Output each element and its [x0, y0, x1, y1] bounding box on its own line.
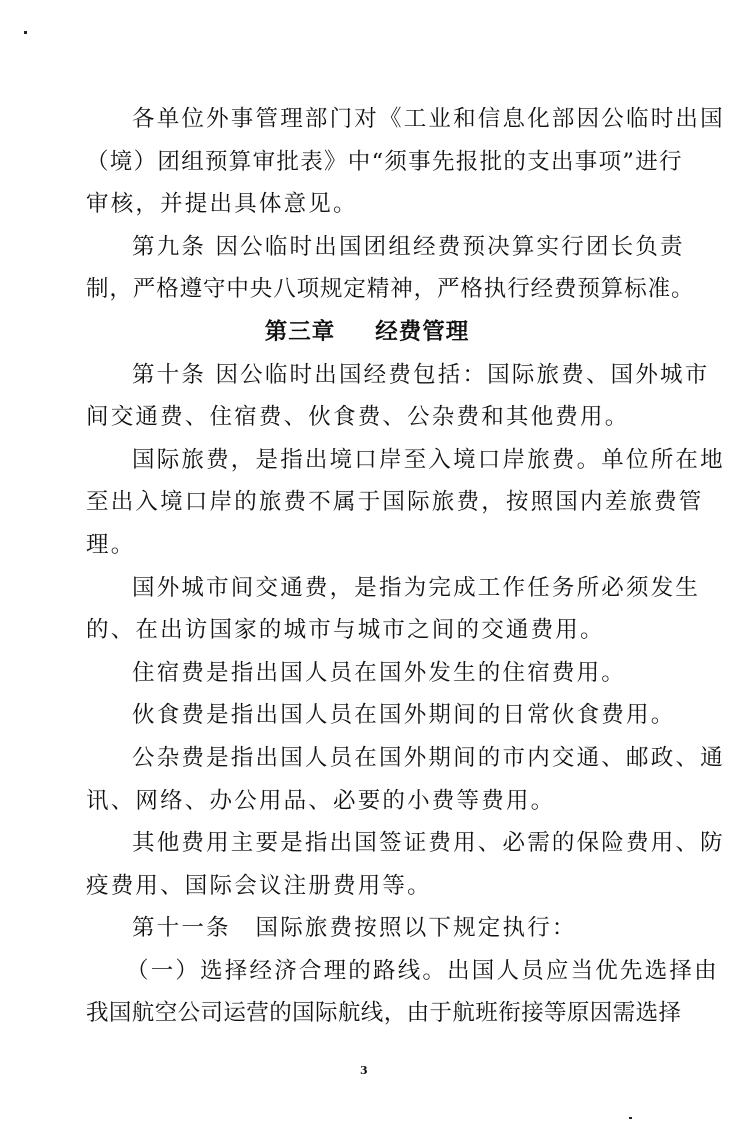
paragraph-line: 伙食费是指出国人员在国外期间的日常伙食费用。 [86, 698, 648, 741]
paragraph-line: 我国航空公司运营的国际航线，由于航班衔接等原因需选择 [86, 996, 648, 1039]
paragraph-line: 理。 [86, 528, 648, 571]
chapter-heading: 第三章经费管理 [86, 315, 648, 358]
paragraph-line: 至出入境口岸的旅费不属于国际旅费，按照国内差旅费管 [86, 485, 648, 528]
paragraph-line: 制，严格遵守中央八项规定精神，严格执行经费预算标准。 [86, 272, 648, 315]
page-number: 3 [360, 1064, 368, 1077]
paragraph-line: 住宿费是指出国人员在国外发生的住宿费用。 [86, 656, 648, 699]
paragraph-line: 讯、网络、办公用品、必要的小费等费用。 [86, 784, 648, 827]
article-11-line: 第十一条 国际旅费按照以下规定执行： [86, 911, 648, 954]
article-10-line: 第十条 因公临时出国经费包括：国际旅费、国外城市 [86, 358, 648, 401]
chapter-title: 经费管理 [375, 319, 469, 345]
paragraph-line: 公杂费是指出国人员在国外期间的市内交通、邮政、通 [86, 741, 648, 784]
paragraph-line: 各单位外事管理部门对《工业和信息化部因公临时出国 [86, 102, 648, 145]
paragraph-line: 疫费用、国际会议注册费用等。 [86, 869, 648, 912]
paragraph-line: 间交通费、住宿费、伙食费、公杂费和其他费用。 [86, 400, 648, 443]
paragraph-line: （境）团组预算审批表》中“须事先报批的支出事项”进行 [86, 145, 648, 188]
chapter-number: 第三章 [265, 319, 336, 345]
paragraph-line: 的、在出访国家的城市与城市之间的交通费用。 [86, 613, 648, 656]
paragraph-line: 国外城市间交通费，是指为完成工作任务所必须发生 [86, 571, 648, 614]
article-9-line: 第九条 因公临时出国团组经费预决算实行团长负责 [86, 230, 648, 273]
paragraph-line: 审核，并提出具体意见。 [86, 187, 648, 230]
scan-speck [24, 31, 27, 34]
paragraph-line: 国际旅费，是指出境口岸至入境口岸旅费。单位所在地 [86, 443, 648, 486]
paragraph-line: 其他费用主要是指出国签证费用、必需的保险费用、防 [86, 826, 648, 869]
document-body: 各单位外事管理部门对《工业和信息化部因公临时出国 （境）团组预算审批表》中“须事… [86, 102, 648, 1039]
scan-speck [629, 1117, 632, 1119]
document-page: 各单位外事管理部门对《工业和信息化部因公临时出国 （境）团组预算审批表》中“须事… [0, 0, 748, 1126]
paragraph-line: （一）选择经济合理的路线。出国人员应当优先选择由 [86, 954, 648, 997]
